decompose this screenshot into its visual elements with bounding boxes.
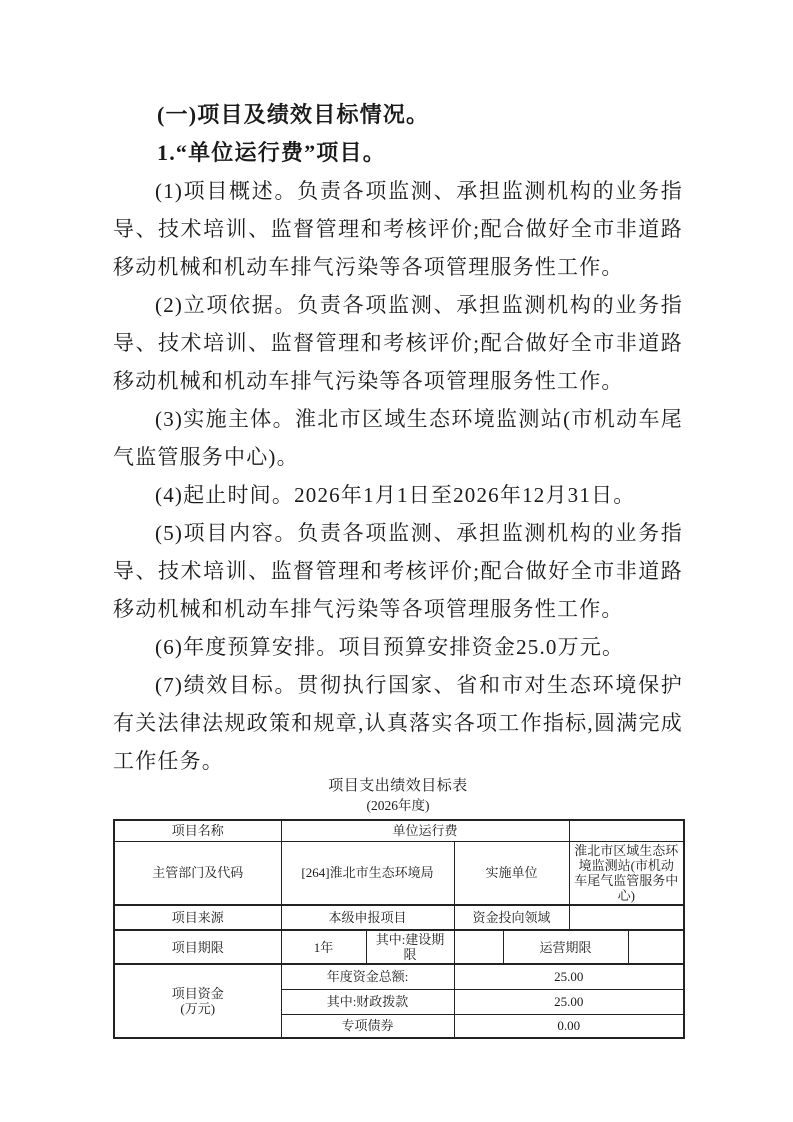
paragraph-implementing-body: (3)实施主体。淮北市区域生态环境监测站(市机动车尾气监管服务中心)。 [113,400,683,476]
table-subtitle: (2026年度) [113,796,683,815]
dept-label-cell: 主管部门及代码 [114,841,281,905]
construction-period-value-cell [454,930,503,964]
impl-unit-value-cell: 淮北市区域生态环境监测站(市机动车尾气监管服务中心) [569,841,684,905]
paragraph-project-content: (5)项目内容。负责各项监测、承担监测机构的业务指导、技术培训、监督管理和考核评… [113,514,683,628]
project-name-empty-cell [569,820,684,841]
operation-period-label-cell: 运营期限 [503,930,628,964]
section-heading: (一)项目及绩效目标情况。 [113,96,683,134]
row-department: 主管部门及代码 [264]淮北市生态环境局 实施单位 淮北市区域生态环境监测站(… [114,841,684,905]
subsection-heading: 1.“单位运行费”项目。 [113,134,683,172]
paragraph-annual-budget: (6)年度预算安排。项目预算安排资金25.0万元。 [113,628,683,666]
performance-target-table: 项目名称 单位运行费 主管部门及代码 [264]淮北市生态环境局 实施单位 淮北… [113,819,685,1039]
period-label-cell: 项目期限 [114,930,281,964]
funds-label-cell: 项目资金 (万元) [114,964,281,1038]
special-bond-label-cell: 专项债券 [281,1014,454,1038]
source-value-cell: 本级申报项目 [281,905,454,930]
period-value-cell: 1年 [281,930,366,964]
special-bond-value-cell: 0.00 [454,1014,684,1038]
fund-direction-label-cell: 资金投向领域 [454,905,569,930]
row-project-period: 项目期限 1年 其中:建设期限 运营期限 [114,930,684,964]
paragraph-project-overview: (1)项目概述。负责各项监测、承担监测机构的业务指导、技术培训、监督管理和考核评… [113,172,683,286]
construction-period-label-cell: 其中:建设期限 [366,930,454,964]
paragraph-project-basis: (2)立项依据。负责各项监测、承担监测机构的业务指导、技术培训、监督管理和考核评… [113,286,683,400]
row-annual-total: 项目资金 (万元) 年度资金总额: 25.00 [114,964,684,989]
operation-period-value-cell [628,930,684,964]
impl-unit-label-cell: 实施单位 [454,841,569,905]
fund-direction-value-cell [569,905,684,930]
row-project-name: 项目名称 单位运行费 [114,820,684,841]
dept-value-cell: [264]淮北市生态环境局 [281,841,454,905]
document-page: (一)项目及绩效目标情况。 1.“单位运行费”项目。 (1)项目概述。负责各项监… [0,0,793,1122]
document-body: (一)项目及绩效目标情况。 1.“单位运行费”项目。 (1)项目概述。负责各项监… [113,0,683,1039]
paragraph-time-range: (4)起止时间。2026年1月1日至2026年12月31日。 [113,476,683,514]
annual-total-label-cell: 年度资金总额: [281,964,454,989]
paragraph-performance-target: (7)绩效目标。贯彻执行国家、省和市对生态环境保护有关法律法规政策和规章,认真落… [113,666,683,780]
project-name-label-cell: 项目名称 [114,820,281,841]
fiscal-allocation-label-cell: 其中:财政拨款 [281,989,454,1014]
fiscal-allocation-value-cell: 25.00 [454,989,684,1014]
source-label-cell: 项目来源 [114,905,281,930]
row-project-source: 项目来源 本级申报项目 资金投向领域 [114,905,684,930]
annual-total-value-cell: 25.00 [454,964,684,989]
project-name-value-cell: 单位运行费 [281,820,569,841]
